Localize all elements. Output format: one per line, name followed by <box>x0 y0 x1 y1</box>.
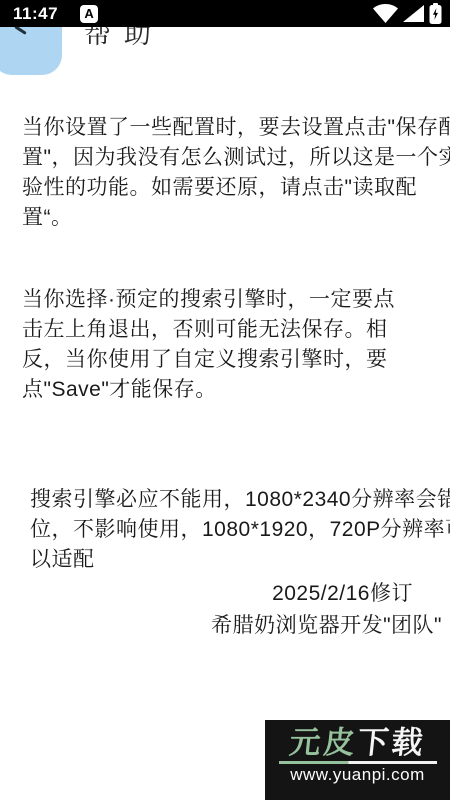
text-line: 搜索引擎必应不能用，1080*2340分辨率会错 <box>30 485 436 515</box>
notification-a-icon: A <box>80 5 98 23</box>
help-paragraph-search-engine: 当你选择·预定的搜索引擎时，一定要点 击左上角退出，否则可能无法保存。相 反，当… <box>22 285 436 405</box>
help-paragraph-save-config: 当你设置了一些配置时，要去设置点击"保存配 置"，因为我没有怎么测试过，所以这是… <box>22 113 436 233</box>
wifi-icon <box>373 4 398 23</box>
watermark-url: www.yuanpi.com <box>265 765 450 785</box>
status-icons <box>373 0 442 27</box>
status-bar: 11:47 A <box>0 0 450 27</box>
text-line: 位，不影响使用，1080*1920，720P分辨率可 <box>30 515 436 545</box>
text-line: 以适配 <box>30 545 436 575</box>
text-line: 当你设置了一些配置时，要去设置点击"保存配 <box>22 113 436 143</box>
developer-credit: 希腊奶浏览器开发"团队" <box>211 609 442 639</box>
revision-date: 2025/2/16修订 <box>272 577 413 607</box>
text-line: 置“。 <box>22 203 436 233</box>
watermark-brand-green: 元皮 <box>288 726 360 760</box>
text-line: 验性的功能。如需要还原，请点击"读取配 <box>22 173 436 203</box>
watermark-brand: 元皮 下载 <box>263 726 450 760</box>
cellular-signal-icon <box>403 5 424 22</box>
text-line: 反，当你使用了自定义搜索引擎时，要 <box>22 345 436 375</box>
watermark: 元皮 下载 www.yuanpi.com <box>265 720 450 800</box>
text-line: 击左上角退出，否则可能无法保存。相 <box>22 315 436 345</box>
text-line: 当你选择·预定的搜索引擎时，一定要点 <box>22 285 436 315</box>
screen: 11:47 A 帮助 当你设置了一些配置时，要去设置点击"保存配 置"，因为我没… <box>0 0 450 800</box>
text-line: 置"，因为我没有怎么测试过，所以这是一个实 <box>22 143 436 173</box>
status-time: 11:47 <box>13 4 58 24</box>
text-line: 点"Save"才能保存。 <box>22 375 436 405</box>
watermark-brand-white: 下载 <box>356 726 428 760</box>
help-paragraph-resolution: 搜索引擎必应不能用，1080*2340分辨率会错 位，不影响使用，1080*19… <box>30 485 436 575</box>
watermark-underline <box>279 761 437 764</box>
battery-charging-icon <box>429 3 442 24</box>
